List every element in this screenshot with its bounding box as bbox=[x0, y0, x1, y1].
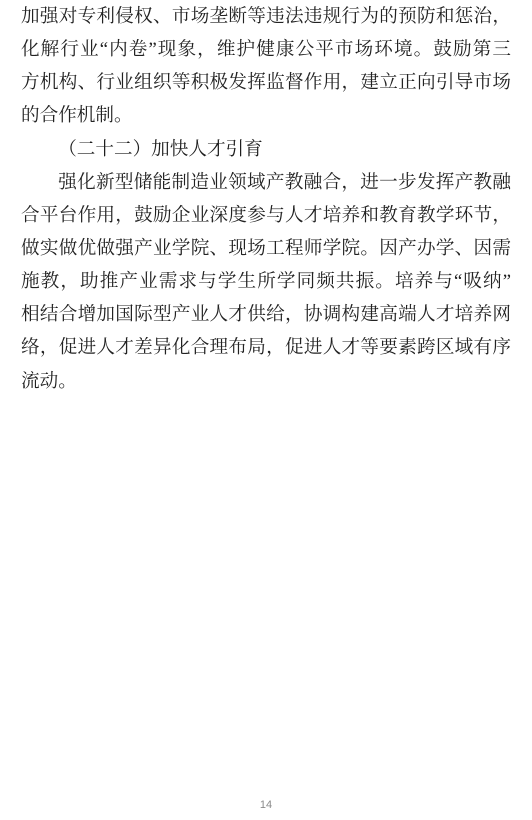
text-line: 化解行业“内卷”现象，维护健康公平市场环境。鼓励第三 bbox=[21, 33, 511, 66]
text-line: 合平台作用，鼓励企业深度参与人才培养和教育教学环节， bbox=[21, 199, 511, 232]
text-line: 络，促进人才差异化合理布局，促进人才等要素跨区域有序 bbox=[21, 331, 511, 364]
text-line: 流动。 bbox=[21, 365, 511, 398]
document-body: 加强对专利侵权、市场垄断等违法违规行为的预防和惩治， 化解行业“内卷”现象，维护… bbox=[21, 0, 511, 398]
text-line: 方机构、行业组织等积极发挥监督作用，建立正向引导市场 bbox=[21, 66, 511, 99]
document-page: 加强对专利侵权、市场垄断等违法违规行为的预防和惩治， 化解行业“内卷”现象，维护… bbox=[0, 0, 532, 820]
page-footer: 14 bbox=[0, 795, 532, 813]
text-line: 加强对专利侵权、市场垄断等违法违规行为的预防和惩治， bbox=[21, 0, 511, 33]
text-line: 相结合增加国际型产业人才供给，协调构建高端人才培养网 bbox=[21, 298, 511, 331]
section-heading: （二十二）加快人才引育 bbox=[21, 133, 511, 166]
page-number: 14 bbox=[260, 799, 272, 811]
text-line: 的合作机制。 bbox=[21, 99, 511, 132]
text-line: 施教，助推产业需求与学生所学同频共振。培养与“吸纳” bbox=[21, 265, 511, 298]
text-line: 强化新型储能制造业领域产教融合，进一步发挥产教融 bbox=[21, 166, 511, 199]
text-line: 做实做优做强产业学院、现场工程师学院。因产办学、因需 bbox=[21, 232, 511, 265]
